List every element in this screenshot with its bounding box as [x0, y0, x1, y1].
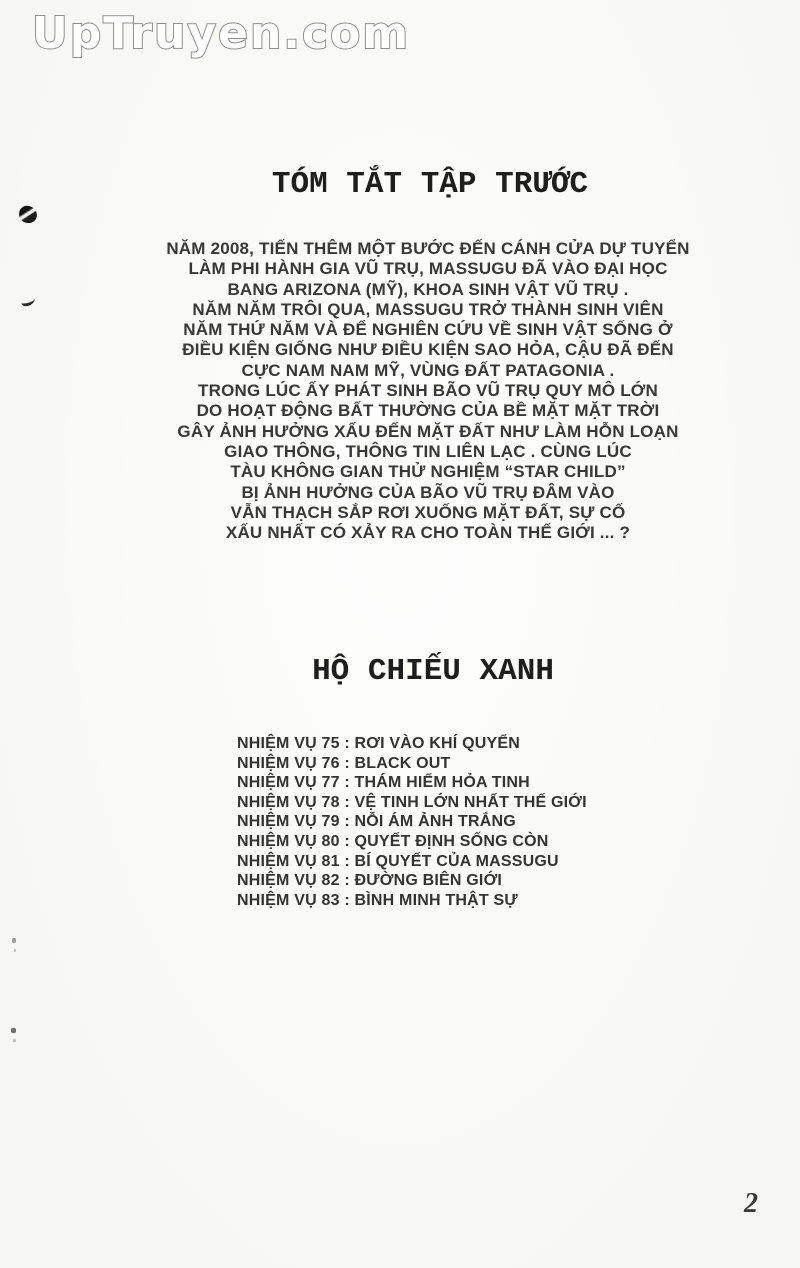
summary-line: NĂM NĂM TRÔI QUA, MASSUGU TRỞ THÀNH SINH…: [88, 300, 768, 320]
summary-title: TÓM TẮT TẬP TRƯỚC: [272, 167, 588, 202]
chapter-item: NHIỆM VỤ 80 : QUYẾT ĐỊNH SỐNG CÒN: [237, 832, 587, 852]
site-watermark-logo: UpTruyen.com: [32, 8, 410, 59]
summary-line: CỰC NAM NAM MỸ, VÙNG ĐẤT PATAGONIA .: [88, 361, 768, 381]
margin-speck-artifact: [12, 938, 16, 943]
manga-recap-page: UpTruyen.com TÓM TẮT TẬP TRƯỚC NĂM 2008,…: [0, 0, 800, 1268]
margin-speck-artifact: [11, 1028, 16, 1033]
summary-line: BANG ARIZONA (MỸ), KHOA SINH VẬT VŨ TRỤ …: [88, 280, 768, 300]
chapter-item: NHIỆM VỤ 77 : THÁM HIỂM HỎA TINH: [237, 773, 587, 793]
summary-line: TRONG LÚC ẤY PHÁT SINH BÃO VŨ TRỤ QUY MÔ…: [88, 381, 768, 401]
summary-line: XẤU NHẤT CÓ XẢY RA CHO TOÀN THẾ GIỚI ...…: [88, 523, 768, 543]
ink-blot-artifact: [17, 204, 38, 224]
volume-section-title: HỘ CHIẾU XANH: [312, 654, 554, 689]
chapter-item: NHIỆM VỤ 82 : ĐƯỜNG BIÊN GIỚI: [237, 871, 587, 891]
summary-line: DO HOẠT ĐỘNG BẤT THƯỜNG CỦA BỀ MẶT MẶT T…: [88, 401, 768, 421]
summary-line: NĂM THỨ NĂM VÀ ĐỂ NGHIÊN CỨU VỀ SINH VẬT…: [88, 320, 768, 340]
summary-line: LÀM PHI HÀNH GIA VŨ TRỤ, MASSUGU ĐÃ VÀO …: [88, 259, 768, 279]
summary-line: VẪN THẠCH SẮP RƠI XUỐNG MẶT ĐẤT, SỰ CỐ: [88, 503, 768, 523]
chapter-item: NHIỆM VỤ 76 : BLACK OUT: [237, 754, 587, 774]
summary-line: GÂY ẢNH HƯỞNG XẤU ĐẾN MẶT ĐẤT NHƯ LÀM HỖ…: [88, 422, 768, 442]
summary-line: GIAO THÔNG, THÔNG TIN LIÊN LẠC . CÙNG LÚ…: [88, 442, 768, 462]
chapter-item: NHIỆM VỤ 79 : NỖI ÁM ẢNH TRẮNG: [237, 812, 587, 832]
page-number: 2: [744, 1188, 758, 1220]
summary-line: ĐIỀU KIỆN GIỐNG NHƯ ĐIỀU KIỆN SAO HỎA, C…: [88, 340, 768, 360]
summary-paragraph: NĂM 2008, TIẾN THÊM MỘT BƯỚC ĐẾN CÁNH CỬ…: [88, 239, 768, 543]
chapter-item: NHIỆM VỤ 78 : VỆ TINH LỚN NHẤT THẾ GIỚI: [237, 793, 587, 813]
chapter-list: NHIỆM VỤ 75 : RƠI VÀO KHÍ QUYỂN NHIỆM VỤ…: [237, 734, 587, 910]
ink-smudge-artifact: [20, 294, 35, 307]
summary-line: BỊ ẢNH HƯỞNG CỦA BÃO VŨ TRỤ ĐÂM VÀO: [88, 483, 768, 503]
chapter-item: NHIỆM VỤ 75 : RƠI VÀO KHÍ QUYỂN: [237, 734, 587, 754]
summary-line: TÀU KHÔNG GIAN THỬ NGHIỆM “STAR CHILD”: [88, 462, 768, 482]
summary-line: NĂM 2008, TIẾN THÊM MỘT BƯỚC ĐẾN CÁNH CỬ…: [88, 239, 768, 259]
chapter-item: NHIỆM VỤ 83 : BÌNH MINH THẬT SỰ: [237, 891, 587, 911]
chapter-item: NHIỆM VỤ 81 : BÍ QUYẾT CỦA MASSUGU: [237, 852, 587, 872]
